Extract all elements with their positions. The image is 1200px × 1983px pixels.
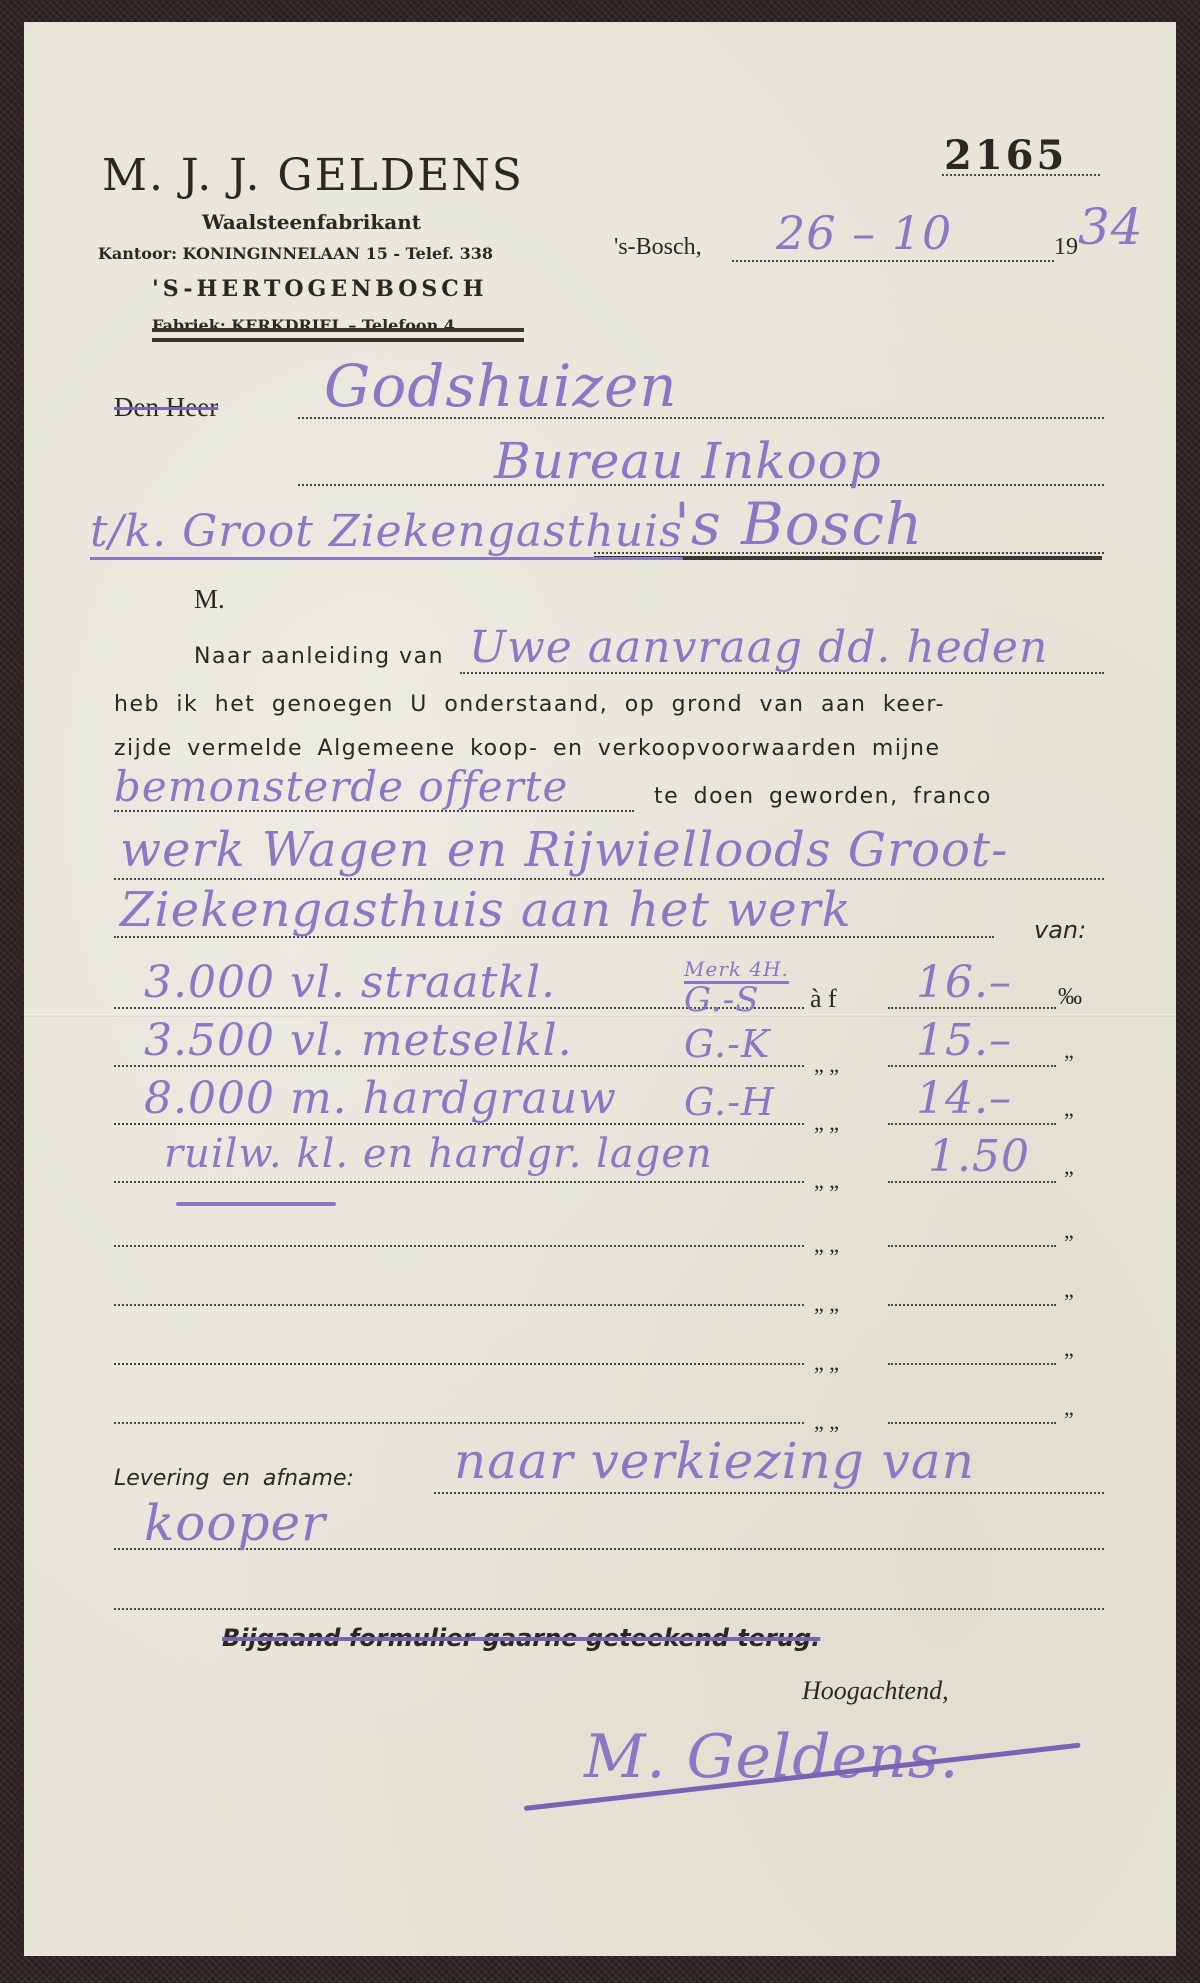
letter-sheet: M. J. J. GELDENS Waalsteenfabrikant Kant… xyxy=(24,22,1176,1956)
lead-fill: Uwe aanvraag dd. heden xyxy=(469,622,1048,673)
item-price: 16.– xyxy=(916,957,1012,1008)
van-label: van: xyxy=(1034,916,1086,944)
item-price: 14.– xyxy=(916,1073,1012,1124)
franco-fill-1: werk Wagen en Rijwielloods Groot- xyxy=(120,822,1008,878)
ditto-marks: „ „ xyxy=(814,1291,839,1317)
item-description: 3.000 vl. straatkl. xyxy=(144,957,556,1008)
ditto-mark: ” xyxy=(1064,1108,1074,1134)
number-line xyxy=(942,174,1100,176)
item-desc-line xyxy=(114,1304,804,1306)
document-number: 2165 xyxy=(944,132,1067,179)
ditto-marks: „ „ xyxy=(814,1232,839,1258)
addressee-suffix: M. xyxy=(194,584,225,615)
perforated-edge xyxy=(18,22,30,1956)
addressee-department: Bureau Inkoop xyxy=(494,432,882,490)
delivery-label: Levering en afname: xyxy=(114,1466,354,1491)
item-price-line xyxy=(888,1245,1056,1247)
body-lead: Naar aanleiding van xyxy=(194,644,444,669)
ditto-mark: ” xyxy=(1064,1407,1074,1433)
ditto-marks: „ „ xyxy=(814,1350,839,1376)
company-name: M. J. J. GELDENS xyxy=(102,150,524,201)
date-day-month: 26 – 10 xyxy=(776,206,952,260)
item-code: G.-K xyxy=(684,1022,770,1066)
date-year-prefix: 19 xyxy=(1054,234,1078,261)
offer-fill: bemonsterde offerte xyxy=(114,762,568,811)
item-price-line xyxy=(888,1422,1056,1424)
price-prefix: à f xyxy=(810,984,837,1014)
item-description: ruilw. kl. en hardgr. lagen xyxy=(164,1131,713,1177)
addressee-institution: t/k. Groot Ziekengasthuis xyxy=(90,506,683,560)
body-line-2: heb ik het genoegen U onderstaand, op gr… xyxy=(114,692,945,717)
franco-line-1 xyxy=(114,878,1104,880)
closing: Hoogachtend, xyxy=(802,1676,949,1706)
ditto-mark: ” xyxy=(1064,1289,1074,1315)
item-price-line xyxy=(888,1304,1056,1306)
body-line-4: te doen geworden, franco xyxy=(654,784,992,809)
item-description: 3.500 vl. metselkl. xyxy=(144,1015,573,1066)
date-year-suffix: 34 xyxy=(1078,198,1144,256)
ditto-mark: ” xyxy=(1064,1050,1074,1076)
salutation: Den Heer xyxy=(114,392,218,423)
letterhead-rule-bottom xyxy=(152,338,524,342)
item-underline xyxy=(176,1202,336,1206)
ditto-mark: ” xyxy=(1064,1230,1074,1256)
addressee-name: Godshuizen xyxy=(324,352,678,420)
item-price: 15.– xyxy=(916,1015,1012,1066)
delivery-line-3 xyxy=(114,1608,1104,1610)
ditto-marks: „ „ xyxy=(814,1168,839,1194)
item-price: 1.50 xyxy=(928,1131,1030,1182)
item-description: 8.000 m. hardgrauw xyxy=(144,1073,617,1124)
company-trade: Waalsteenfabrikant xyxy=(202,210,421,234)
item-code: G.-S xyxy=(684,980,760,1020)
body-line-3: zijde vermelde Algemeene koop- en verkoo… xyxy=(114,736,941,761)
item-desc-line xyxy=(114,1181,804,1183)
letterhead-rule-top xyxy=(152,328,524,332)
per-mille: ‰ xyxy=(1058,984,1082,1011)
item-desc-line xyxy=(114,1363,804,1365)
ditto-mark: ” xyxy=(1064,1166,1074,1192)
date-line xyxy=(732,260,1054,262)
ditto-marks: „ „ xyxy=(814,1110,839,1136)
delivery-fill-2: kooper xyxy=(144,1494,326,1552)
date-place: 's-Bosch, xyxy=(614,234,702,261)
delivery-fill-1: naar verkiezing van xyxy=(454,1432,975,1490)
item-code: G.-H xyxy=(684,1080,775,1124)
factory-address: Fabriek: KERKDRIEL – Telefoon 4 xyxy=(152,316,455,335)
ditto-mark: ” xyxy=(1064,1348,1074,1374)
company-city: 'S-HERTOGENBOSCH xyxy=(152,276,488,302)
franco-fill-2: Ziekengasthuis aan het werk xyxy=(120,882,852,938)
addressee-city: 's Bosch xyxy=(674,490,923,558)
ditto-marks: „ „ xyxy=(814,1052,839,1078)
office-address: Kantoor: KONINGINNELAAN 15 - Telef. 338 xyxy=(98,244,493,263)
delivery-line-1 xyxy=(434,1492,1104,1494)
return-note: Bijgaand formulier gaarne geteekend teru… xyxy=(222,1624,820,1652)
item-desc-line xyxy=(114,1245,804,1247)
item-price-line xyxy=(888,1363,1056,1365)
item-desc-line xyxy=(114,1422,804,1424)
